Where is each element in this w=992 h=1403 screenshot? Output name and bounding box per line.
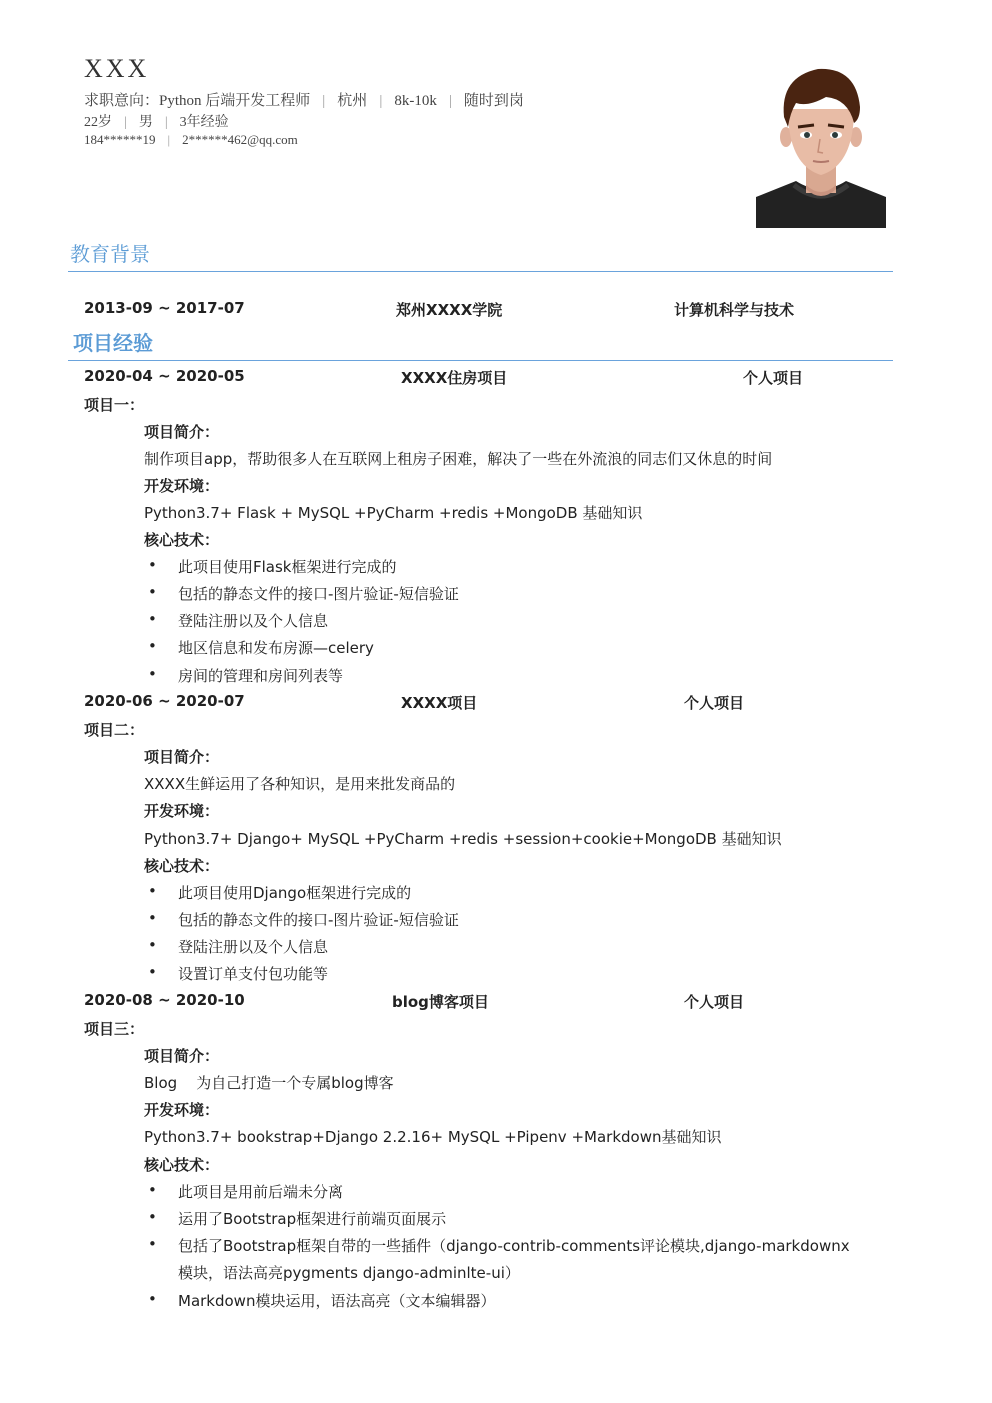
email[interactable]: 2******462@qq.com bbox=[182, 132, 298, 147]
project-type: 个人项目 bbox=[743, 367, 803, 388]
intent-label: 求职意向： bbox=[84, 93, 159, 109]
intent-position: Python 后端开发工程师 bbox=[159, 93, 310, 109]
project-env: Python3.7+ bookstrap+Django 2.2.16+ MySQ… bbox=[144, 1126, 721, 1147]
section-title-education: 教育背景 bbox=[70, 238, 150, 267]
separator: | bbox=[379, 93, 382, 109]
project-period: 2020-08 ~ 2020-10 bbox=[84, 991, 245, 1009]
contact-info: 184******19|2******462@qq.com bbox=[84, 132, 298, 148]
env-label: 开发环境： bbox=[144, 475, 219, 496]
section-divider bbox=[68, 360, 893, 361]
project-label: 项目一： bbox=[84, 394, 144, 415]
person-avatar-icon bbox=[756, 57, 886, 228]
project-name: blog博客项目 bbox=[392, 991, 489, 1012]
tech-item: 包括的静态文件的接口-图片验证-短信验证 bbox=[178, 583, 459, 604]
intent-salary: 8k-10k bbox=[394, 93, 437, 109]
project-label: 项目三： bbox=[84, 1018, 144, 1039]
env-label: 开发环境： bbox=[144, 800, 219, 821]
education-school: 郑州XXXX学院 bbox=[396, 299, 502, 320]
tech-label: 核心技术： bbox=[144, 855, 219, 876]
separator: | bbox=[168, 132, 171, 147]
tech-item: 包括的静态文件的接口-图片验证-短信验证 bbox=[178, 909, 459, 930]
avatar bbox=[756, 57, 886, 228]
basic-info: 22岁|男|3年经验 bbox=[84, 111, 229, 131]
section-title-projects: 项目经验 bbox=[73, 327, 153, 356]
experience: 3年经验 bbox=[180, 115, 229, 130]
tech-item: 设置订单支付包功能等 bbox=[178, 963, 328, 984]
tech-label: 核心技术： bbox=[144, 1154, 219, 1175]
tech-item: 运用了Bootstrap框架进行前端页面展示 bbox=[178, 1208, 446, 1229]
intro-label: 项目简介： bbox=[144, 1045, 219, 1066]
intro-label: 项目简介： bbox=[144, 421, 219, 442]
project-label: 项目二： bbox=[84, 719, 144, 740]
intent-availability: 随时到岗 bbox=[464, 93, 524, 109]
project-env: Python3.7+ Django+ MySQL +PyCharm +redis… bbox=[144, 828, 782, 849]
env-label: 开发环境： bbox=[144, 1099, 219, 1120]
gender: 男 bbox=[139, 115, 153, 130]
project-name: XXXX住房项目 bbox=[401, 367, 507, 388]
tech-item: 登陆注册以及个人信息 bbox=[178, 936, 328, 957]
tech-item: Markdown模块运用，语法高亮（文本编辑器） bbox=[178, 1290, 495, 1311]
project-intro: Blog 为自己打造一个专属blog博客 bbox=[144, 1072, 394, 1093]
tech-item: 此项目使用Django框架进行完成的 bbox=[178, 882, 411, 903]
tech-item: 地区信息和发布房源—celery bbox=[178, 637, 374, 658]
separator: | bbox=[449, 93, 452, 109]
tech-item: 此项目是用前后端未分离 bbox=[178, 1181, 343, 1202]
section-divider bbox=[68, 271, 893, 272]
separator: | bbox=[322, 93, 325, 109]
project-type: 个人项目 bbox=[684, 692, 744, 713]
tech-item: 此项目使用Flask框架进行完成的 bbox=[178, 556, 397, 577]
age: 22岁 bbox=[84, 115, 112, 130]
phone: 184******19 bbox=[84, 132, 156, 147]
tech-label: 核心技术： bbox=[144, 529, 219, 550]
project-period: 2020-06 ~ 2020-07 bbox=[84, 692, 245, 710]
tech-item-continuation: 模块，语法高亮pygments django-adminlte-ui） bbox=[178, 1262, 520, 1283]
job-intent: 求职意向：Python 后端开发工程师|杭州|8k-10k|随时到岗 bbox=[84, 89, 524, 110]
tech-item: 包括了Bootstrap框架自带的一些插件（django-contrib-com… bbox=[178, 1235, 850, 1256]
education-period: 2013-09 ~ 2017-07 bbox=[84, 299, 245, 317]
project-type: 个人项目 bbox=[684, 991, 744, 1012]
project-name: XXXX项目 bbox=[401, 692, 477, 713]
separator: | bbox=[124, 115, 127, 130]
candidate-name: XXX bbox=[84, 54, 149, 84]
separator: | bbox=[165, 115, 168, 130]
project-env: Python3.7+ Flask + MySQL +PyCharm +redis… bbox=[144, 502, 642, 523]
intro-label: 项目简介： bbox=[144, 746, 219, 767]
project-intro: 制作项目app，帮助很多人在互联网上租房子困难，解决了一些在外流浪的同志们又休息… bbox=[144, 448, 772, 469]
tech-item: 登陆注册以及个人信息 bbox=[178, 610, 328, 631]
intent-city: 杭州 bbox=[337, 93, 367, 109]
tech-item: 房间的管理和房间列表等 bbox=[178, 665, 343, 686]
education-major: 计算机科学与技术 bbox=[674, 299, 794, 320]
project-period: 2020-04 ~ 2020-05 bbox=[84, 367, 245, 385]
project-intro: XXXX生鲜运用了各种知识，是用来批发商品的 bbox=[144, 773, 455, 794]
